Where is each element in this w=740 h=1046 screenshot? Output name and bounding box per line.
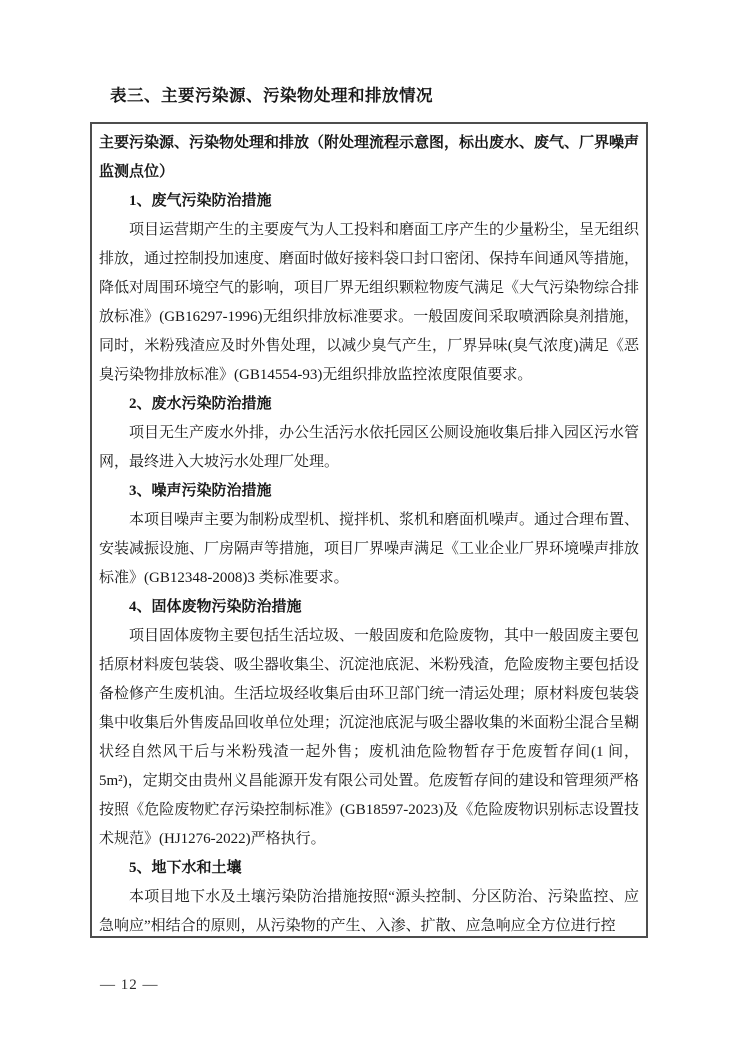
section-paragraph: 本项目地下水及土壤污染防治措施按照“源头控制、分区防治、污染监控、应急响应”相结… bbox=[99, 883, 639, 938]
page-number: — 12 — bbox=[100, 977, 159, 994]
section-heading: 1、废气污染防治措施 bbox=[99, 187, 639, 216]
section-paragraph: 项目固体废物主要包括生活垃圾、一般固废和危险废物，其中一般固废主要包括原材料废包… bbox=[99, 622, 639, 854]
section-heading: 2、废水污染防治措施 bbox=[99, 390, 639, 419]
table-header-text: 主要污染源、污染物处理和排放（附处理流程示意图，标出废水、废气、厂界噪声监测点位… bbox=[99, 129, 639, 187]
section-solid-waste: 4、固体废物污染防治措施 项目固体废物主要包括生活垃圾、一般固废和危险废物，其中… bbox=[99, 593, 639, 854]
section-heading: 5、地下水和土壤 bbox=[99, 854, 639, 883]
section-groundwater-soil: 5、地下水和土壤 本项目地下水及土壤污染防治措施按照“源头控制、分区防治、污染监… bbox=[99, 854, 639, 938]
section-waste-water: 2、废水污染防治措施 项目无生产废水外排，办公生活污水依托园区公厕设施收集后排入… bbox=[99, 390, 639, 477]
document-page: { "document": { "title": "表三、主要污染源、污染物处理… bbox=[0, 0, 740, 1046]
section-paragraph: 本项目噪声主要为制粉成型机、搅拌机、浆机和磨面机噪声。通过合理布置、安装减振设施… bbox=[99, 506, 639, 593]
section-heading: 3、噪声污染防治措施 bbox=[99, 477, 639, 506]
section-waste-gas: 1、废气污染防治措施 项目运营期产生的主要废气为人工投料和磨面工序产生的少量粉尘… bbox=[99, 187, 639, 390]
pollution-info-table: 主要污染源、污染物处理和排放（附处理流程示意图，标出废水、废气、厂界噪声监测点位… bbox=[90, 122, 648, 938]
section-noise: 3、噪声污染防治措施 本项目噪声主要为制粉成型机、搅拌机、浆机和磨面机噪声。通过… bbox=[99, 477, 639, 593]
page-title: 表三、主要污染源、污染物处理和排放情况 bbox=[110, 82, 433, 106]
section-paragraph: 项目无生产废水外排，办公生活污水依托园区公厕设施收集后排入园区污水管网，最终进入… bbox=[99, 419, 639, 477]
section-paragraph: 项目运营期产生的主要废气为人工投料和磨面工序产生的少量粉尘，呈无组织排放，通过控… bbox=[99, 216, 639, 390]
section-heading: 4、固体废物污染防治措施 bbox=[99, 593, 639, 622]
